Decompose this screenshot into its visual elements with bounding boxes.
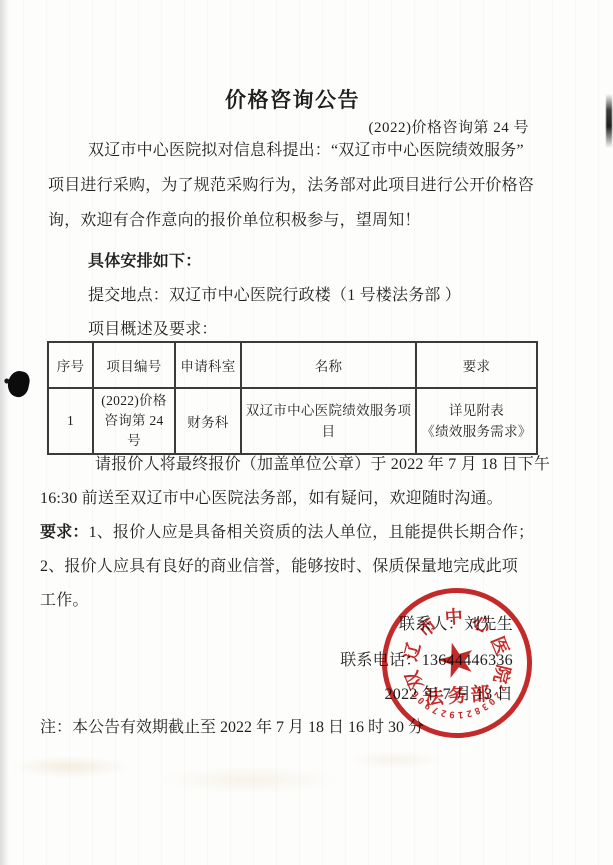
cell-project-no: (2022)价格 咨询第 24 号: [93, 388, 175, 454]
arrangement-heading: 具体安排如下：: [48, 245, 461, 279]
deadline-line: 请报价人将最终报价（加盖单位公章）于 2022 年 7 月 18 日下午: [40, 448, 550, 482]
table-row: 1 (2022)价格 咨询第 24 号 财务科 双辽市中心医院绩效服务项目 详见…: [48, 388, 537, 454]
requirements-label: 要求：: [40, 524, 89, 541]
scan-right-edge-mark: [606, 94, 612, 148]
cell-requirement-line2: 《绩效服务需求》: [420, 421, 533, 442]
table-header-row: 序号 项目编号 申请科室 名称 要求: [48, 342, 537, 388]
column-header-department: 申请科室: [175, 342, 241, 388]
validity-note: 注：本公告有效期截止至 2022 年 7 月 18 日 16 时 30 分: [40, 710, 424, 745]
cell-project-name: 双辽市中心医院绩效服务项目: [241, 388, 416, 454]
requirements-line: 2、报价人应具有良好的商业信誉，能够按时、保质保量地完成此项: [40, 550, 550, 584]
ink-blot: [6, 369, 32, 399]
column-header-project-no: 项目编号: [93, 342, 175, 388]
intro-line: 询，欢迎有合作意向的报价单位积极参与，望周知！: [48, 203, 534, 238]
column-header-seq: 序号: [48, 342, 93, 388]
cell-requirement-line1: 详见附表: [420, 400, 533, 421]
page-title: 价格咨询公告: [0, 84, 599, 114]
column-header-name: 名称: [241, 342, 416, 388]
project-table: 序号 项目编号 申请科室 名称 要求 1 (2022)价格 咨询第 24 号 财…: [47, 341, 538, 455]
deadline-line: 16:30 前送至双辽市中心医院法务部，如有疑问，欢迎随时沟通。: [40, 482, 550, 516]
paper-smudge-artifact: [0, 742, 470, 822]
arrangement-section: 具体安排如下： 提交地点：双辽市中心医院行政楼（1 号楼法务部 ） 项目概述及要…: [48, 245, 461, 347]
cell-department: 财务科: [175, 388, 241, 454]
cell-requirement: 详见附表 《绩效服务需求》: [416, 388, 537, 454]
scanned-document-page: 价格咨询公告 (2022)价格咨询第 24 号 双辽市中心医院拟对信息科提出：“…: [0, 0, 613, 865]
intro-line: 双辽市中心医院拟对信息科提出：“双辽市中心医院绩效服务”: [48, 133, 534, 168]
submission-location-line: 提交地点：双辽市中心医院行政楼（1 号楼法务部 ）: [48, 279, 461, 313]
cell-project-no-line1: (2022)价格: [97, 391, 171, 411]
cell-project-no-line2: 咨询第 24 号: [97, 411, 171, 451]
scan-left-edge-shadow: [0, 0, 9, 865]
cell-seq: 1: [48, 388, 93, 454]
column-header-requirement: 要求: [416, 342, 537, 388]
requirements-text: 1、报价人应是具备相关资质的法人单位，且能提供长期合作；: [89, 524, 535, 541]
intro-line: 项目进行采购，为了规范采购行为，法务部对此项目进行公开价格咨: [48, 168, 534, 203]
requirements-line: 要求：1、报价人应是具备相关资质的法人单位，且能提供长期合作；: [40, 516, 550, 550]
intro-paragraph: 双辽市中心医院拟对信息科提出：“双辽市中心医院绩效服务” 项目进行采购，为了规范…: [48, 133, 534, 238]
